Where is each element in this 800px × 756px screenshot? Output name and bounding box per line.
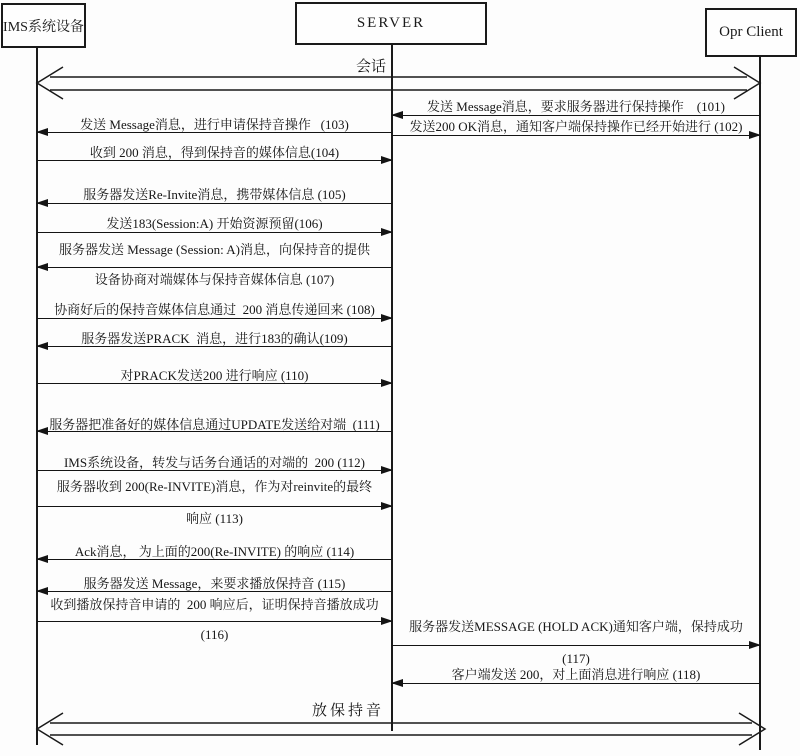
message-116-label-2: (116) <box>37 627 392 642</box>
message-117-label-2: (117) <box>392 651 760 666</box>
arrowhead-left-icon <box>36 128 48 136</box>
message-102-label: 发送200 OK消息，通知客户端保持操作已经开始进行 (102) <box>392 119 760 134</box>
session-double-arrow-icon <box>30 62 770 104</box>
message-107-label-2: 设备协商对端媒体与保持音媒体信息 (107) <box>37 272 392 287</box>
message-113-label-2: 响应 (113) <box>37 511 392 526</box>
arrowhead-left-icon <box>36 263 48 271</box>
participant-label-opr: Opr Client <box>719 24 783 41</box>
message-107-label: 服务器发送 Message (Session: A)消息，向保持音的提供 <box>37 242 392 257</box>
arrowhead-right-icon <box>749 131 761 139</box>
message-114-label: Ack消息， 为上面的200(Re-INVITE) 的响应 (114) <box>37 544 392 559</box>
message-106-arrow <box>37 232 392 233</box>
message-103-arrow <box>37 132 392 133</box>
arrowhead-right-icon <box>381 228 393 236</box>
participant-label-server: SERVER <box>357 15 425 32</box>
arrowhead-right-icon <box>381 156 393 164</box>
participant-box-opr: Opr Client <box>705 8 797 57</box>
arrowhead-left-icon <box>36 587 48 595</box>
arrowhead-right-icon <box>381 379 393 387</box>
arrowhead-left-icon <box>391 679 403 687</box>
message-116-label: 收到播放保持音申请的 200 响应后，证明保持音播放成功 <box>37 597 392 612</box>
message-115-label: 服务器发送 Message，来要求播放保持音 (115) <box>37 576 392 591</box>
sequence-diagram: IMS系统设备 SERVER Opr Client 会话 放保持音 发送 Mes… <box>0 0 800 756</box>
message-103-label: 发送 Message消息，进行申请保持音操作 (103) <box>37 117 392 132</box>
message-102-arrow <box>392 135 760 136</box>
message-111-arrow <box>37 431 392 432</box>
message-118-label: 客户端发送 200，对上面消息进行响应 (118) <box>392 667 760 682</box>
message-118-arrow <box>392 683 760 684</box>
arrowhead-left-icon <box>36 555 48 563</box>
arrowhead-left-icon <box>36 342 48 350</box>
message-114-arrow <box>37 559 392 560</box>
message-110-label: 对PRACK发送200 进行响应 (110) <box>37 368 392 383</box>
arrowhead-right-icon <box>381 502 393 510</box>
hold-tone-double-arrow-icon <box>30 710 770 748</box>
message-106-label: 发送183(Session:A) 开始资源预留(106) <box>37 216 392 231</box>
message-116-arrow <box>37 621 392 622</box>
message-101-label: 发送 Message消息，要求服务器进行保持操作 (101) <box>392 99 760 114</box>
message-101-arrow <box>392 115 760 116</box>
message-110-arrow <box>37 383 392 384</box>
message-109-label: 服务器发送PRACK 消息，进行183的确认(109) <box>37 331 392 346</box>
message-104-arrow <box>37 160 392 161</box>
message-111-label: 服务器把准备好的媒体信息通过UPDATE发送给对端 (111) <box>37 417 392 432</box>
message-109-arrow <box>37 346 392 347</box>
message-117-label: 服务器发送MESSAGE (HOLD ACK)通知客户端，保持成功 <box>392 619 760 634</box>
arrowhead-left-icon <box>36 199 48 207</box>
participant-box-ims: IMS系统设备 <box>1 3 86 48</box>
message-112-label: IMS系统设备，转发与话务台通话的对端的 200 (112) <box>37 455 392 470</box>
message-108-arrow <box>37 318 392 319</box>
participant-box-server: SERVER <box>295 2 487 45</box>
message-108-label: 协商好后的保持音媒体信息通过 200 消息传递回来 (108) <box>37 302 392 317</box>
participant-label-ims: IMS系统设备 <box>3 16 84 36</box>
message-115-arrow <box>37 591 392 592</box>
arrowhead-right-icon <box>381 466 393 474</box>
message-107-arrow <box>37 267 392 268</box>
arrowhead-left-icon <box>36 427 48 435</box>
message-113-label: 服务器收到 200(Re-INVITE)消息，作为对reinvite的最终 <box>37 479 392 494</box>
message-113-arrow <box>37 506 392 507</box>
message-105-arrow <box>37 203 392 204</box>
arrowhead-right-icon <box>749 641 761 649</box>
message-117-arrow <box>392 645 760 646</box>
message-112-arrow <box>37 470 392 471</box>
message-104-label: 收到 200 消息，得到保持音的媒体信息(104) <box>37 145 392 160</box>
arrowhead-right-icon <box>381 314 393 322</box>
message-105-label: 服务器发送Re-Invite消息，携带媒体信息 (105) <box>37 187 392 202</box>
